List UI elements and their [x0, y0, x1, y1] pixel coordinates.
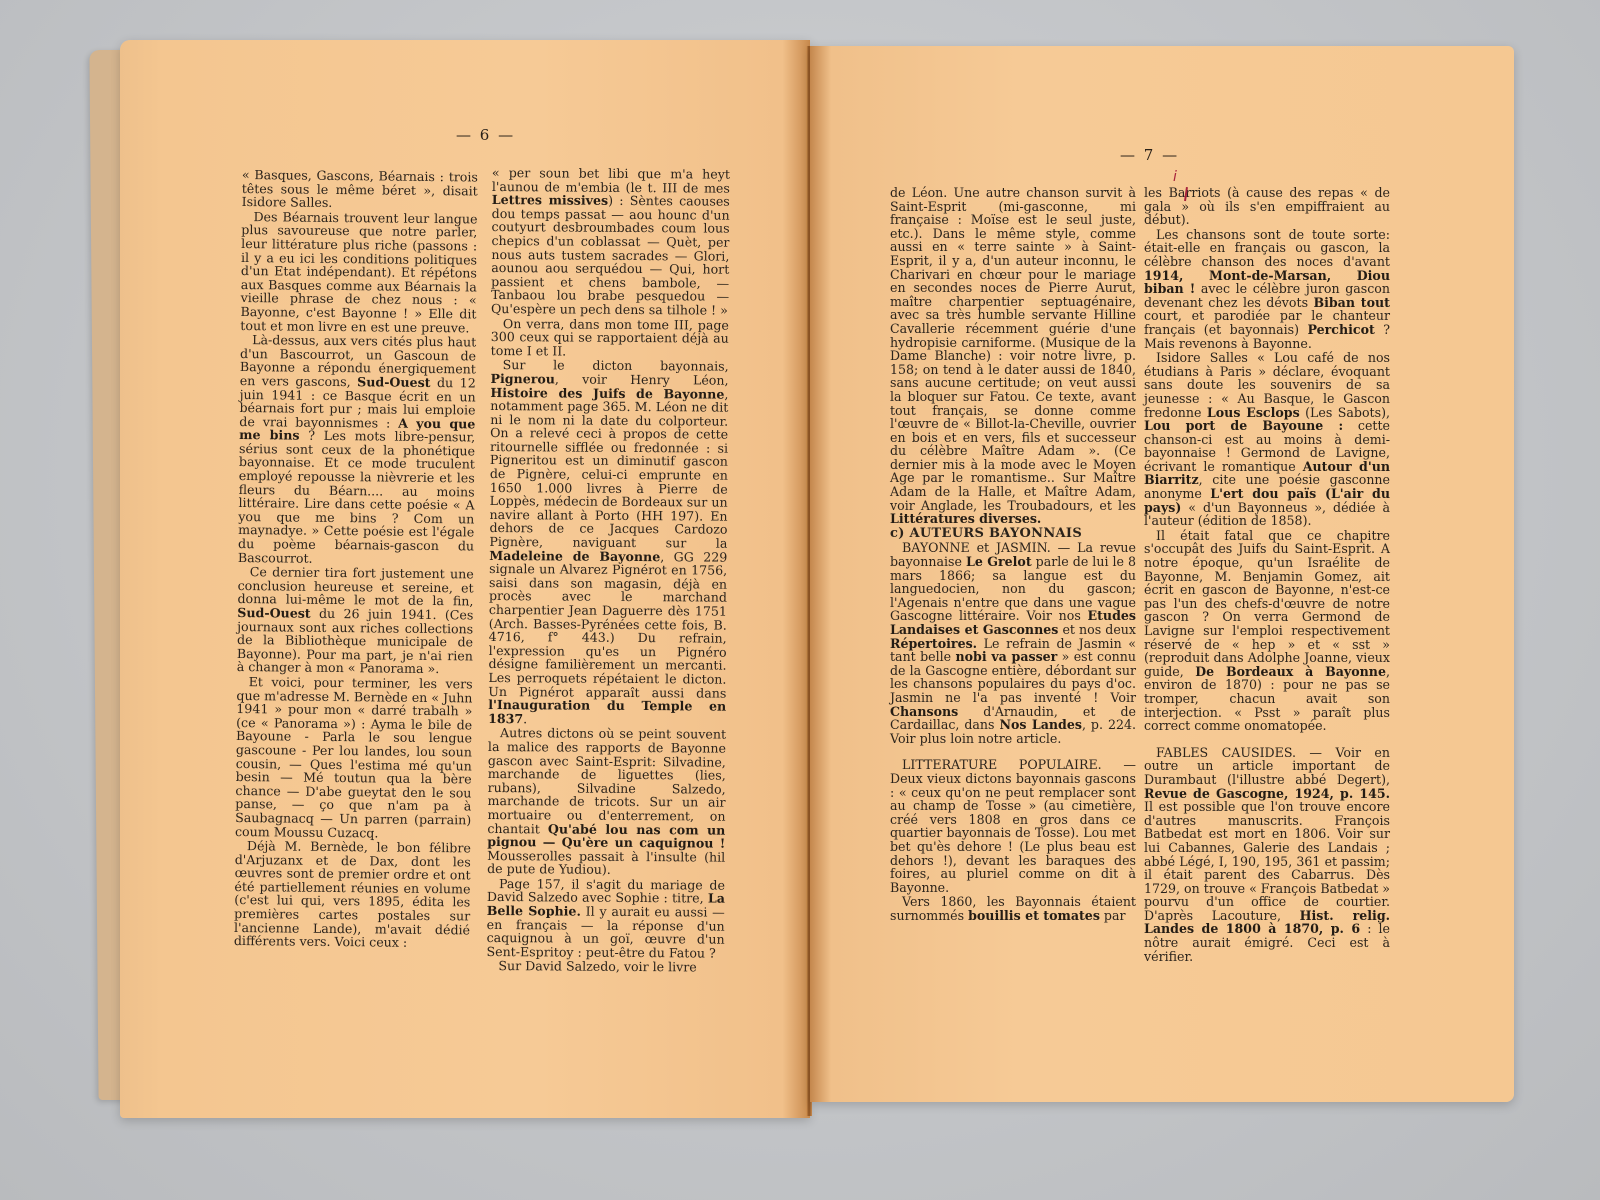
right-page: — 7 — de Léon. Une autre chanson survit … — [810, 46, 1514, 1102]
right-page-column-1: de Léon. Une autre chanson survit à Sain… — [890, 186, 1136, 923]
paragraph: Sur David Salzedo, voir le livre — [486, 959, 724, 974]
paragraph: Les chansons sont de toute sorte: était-… — [1144, 228, 1390, 350]
right-page-column-2: les Barrіots (à cause des repas « de gal… — [1144, 186, 1390, 964]
paragraph: FABLES CAUSIDES. — Voir en outre un arti… — [1144, 746, 1390, 964]
paragraph: Sur le dicton bayonnais, Pignerou, voir … — [488, 358, 729, 727]
page-number-right: — 7 — — [1120, 146, 1179, 164]
paragraph: les Barrіots (à cause des repas « de gal… — [1144, 186, 1390, 227]
paragraph: On verra, dans mon tome III, page 300 ce… — [491, 317, 729, 359]
paragraph: Il était fatal que ce chapitre s'occupât… — [1144, 529, 1390, 733]
paragraph: Là-dessus, aux vers cités plus haut d'un… — [238, 333, 476, 567]
left-page-column-2: « per soun bet libi que m'a heyt l'aunou… — [486, 166, 730, 976]
page-number-left: — 6 — — [456, 126, 515, 144]
paragraph: Vers 1860, les Bayonnais étaient surnomm… — [890, 895, 1136, 922]
paragraph: Déjà M. Bernède, le bon félibre d'Arjuza… — [234, 839, 471, 950]
paragraph: Des Béarnais trouvent leur langue plus s… — [240, 210, 477, 335]
paragraph: BAYONNE et JASMIN. — La revue bayonnaise… — [890, 541, 1136, 745]
paragraph: de Léon. Une autre chanson survit à Sain… — [890, 186, 1136, 526]
section-heading: c) AUTEURS BAYONNAIS — [890, 527, 1136, 541]
paragraph-gap — [1144, 734, 1390, 746]
left-page-column-1: « Basques, Gascons, Béarnais : trois têt… — [234, 168, 478, 951]
paragraph: Ce dernier tira fort justement une concl… — [237, 565, 474, 676]
paragraph: Isidore Salles « Lou café de nos étudian… — [1144, 351, 1390, 528]
paragraph: Page 157, il s'agit du mariage de David … — [486, 877, 725, 960]
paragraph: LITTERATURE POPULAIRE. — Deux vieux dict… — [890, 758, 1136, 894]
paragraph: Autres dictons où se peint souvent la ma… — [487, 726, 726, 877]
paragraph: « per soun bet libi que m'a heyt l'aunou… — [491, 166, 730, 317]
handwritten-correction-mark: i — [1173, 169, 1177, 185]
paragraph: « Basques, Gascons, Béarnais : trois têt… — [242, 168, 478, 211]
paragraph: Et voici, pour terminer, les vers que m'… — [235, 675, 473, 841]
left-page: — 6 — « Basques, Gascons, Béarnais : tro… — [120, 40, 810, 1118]
